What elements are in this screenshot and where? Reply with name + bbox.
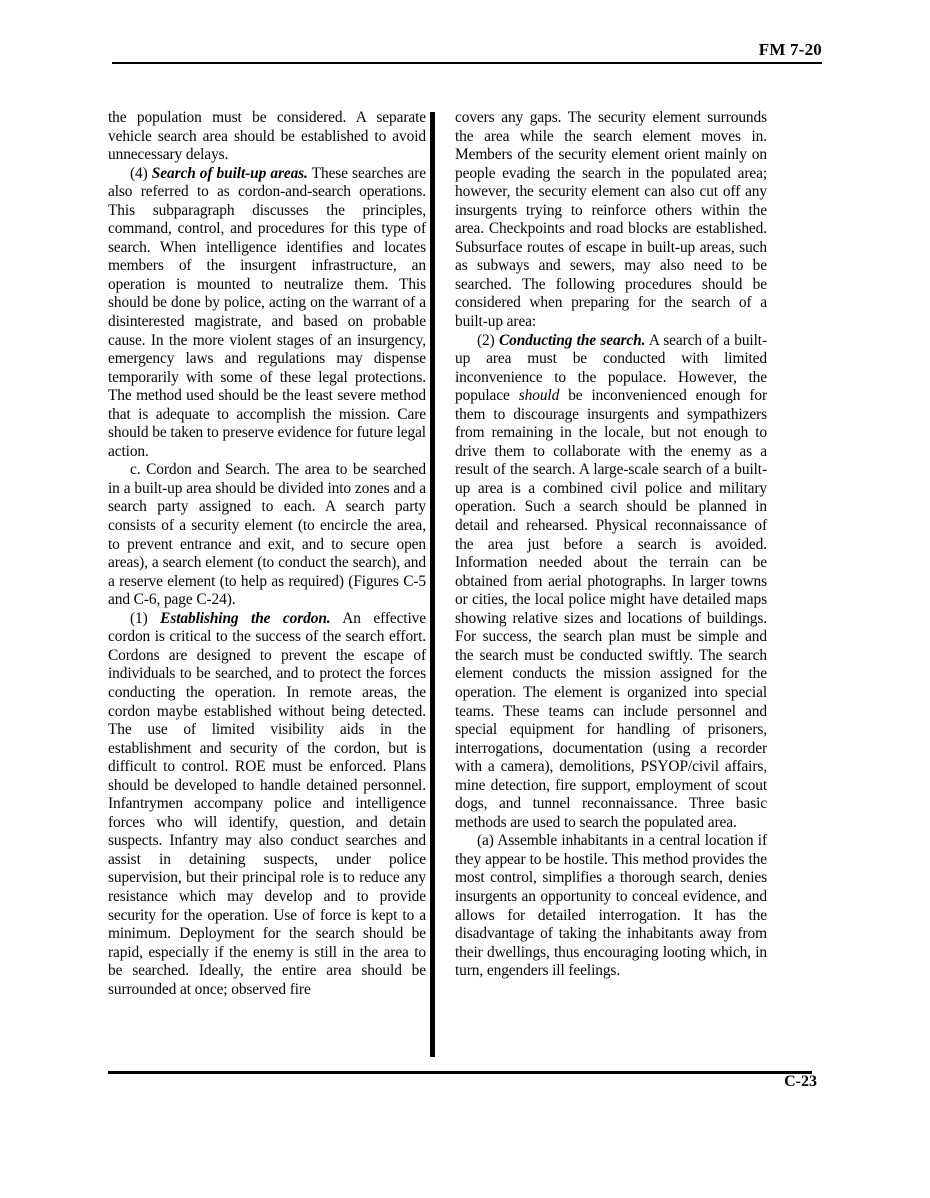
paragraph: (2) Conducting the search. A search of a… (455, 332, 767, 833)
text-run: Establishing the cordon. (160, 610, 330, 627)
text-run: should (519, 387, 559, 404)
text-run: These searches are also referred to as c… (108, 165, 426, 460)
text-run: be inconvenienced enough for them to dis… (455, 387, 767, 831)
right-text-column: covers any gaps. The security element su… (455, 109, 767, 981)
footer-rule (108, 1071, 812, 1074)
column-divider-rule (430, 112, 435, 1057)
header-rule (112, 62, 822, 64)
text-run: Conducting the search. (499, 332, 645, 349)
text-run: An effective cordon is critical to the s… (108, 610, 426, 998)
paragraph: the population must be considered. A sep… (108, 109, 426, 165)
paragraph: (1) Establishing the cordon. An effectiv… (108, 610, 426, 999)
text-run: c. Cordon and Search. The area to be sea… (108, 461, 426, 608)
header-doc-id: FM 7-20 (759, 40, 822, 60)
text-run: Search of built-up areas. (152, 165, 308, 182)
paragraph: covers any gaps. The security element su… (455, 109, 767, 332)
text-run: (4) (130, 165, 152, 182)
paragraph: c. Cordon and Search. The area to be sea… (108, 461, 426, 609)
paragraph: (a) Assemble inhabitants in a central lo… (455, 832, 767, 980)
left-text-column: the population must be considered. A sep… (108, 109, 426, 999)
text-run: (1) (130, 610, 160, 627)
document-page: FM 7-20 the population must be considere… (0, 0, 930, 1198)
text-run: the population must be considered. A sep… (108, 109, 426, 163)
paragraph: (4) Search of built-up areas. These sear… (108, 165, 426, 462)
text-run: (2) (477, 332, 499, 349)
footer-page-number: C-23 (784, 1073, 817, 1091)
text-run: covers any gaps. The security element su… (455, 109, 767, 330)
text-run: (a) Assemble inhabitants in a central lo… (455, 832, 767, 979)
